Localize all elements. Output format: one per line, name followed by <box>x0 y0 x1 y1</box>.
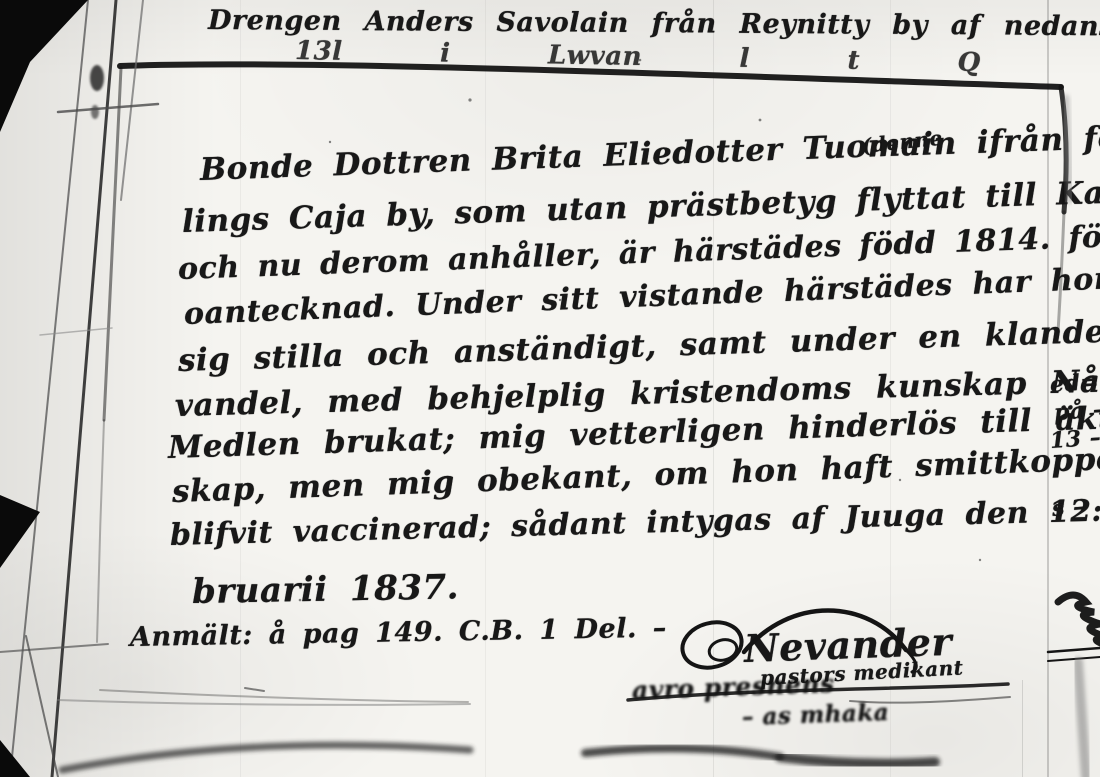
scanned-document: Drengen Anders Savolain från Reynitty by… <box>0 0 1100 777</box>
certificate-line: bruarii 1837. <box>192 567 460 612</box>
signature-smudge-2: – as mhaka <box>742 699 890 731</box>
edge-fragment: på – <box>1053 397 1100 426</box>
edge-fragment: 13 – <box>1049 424 1100 454</box>
fold-line <box>1022 680 1023 777</box>
edge-fragment: s – <box>1051 494 1085 522</box>
edge-fragment: ed= <box>1049 369 1100 398</box>
